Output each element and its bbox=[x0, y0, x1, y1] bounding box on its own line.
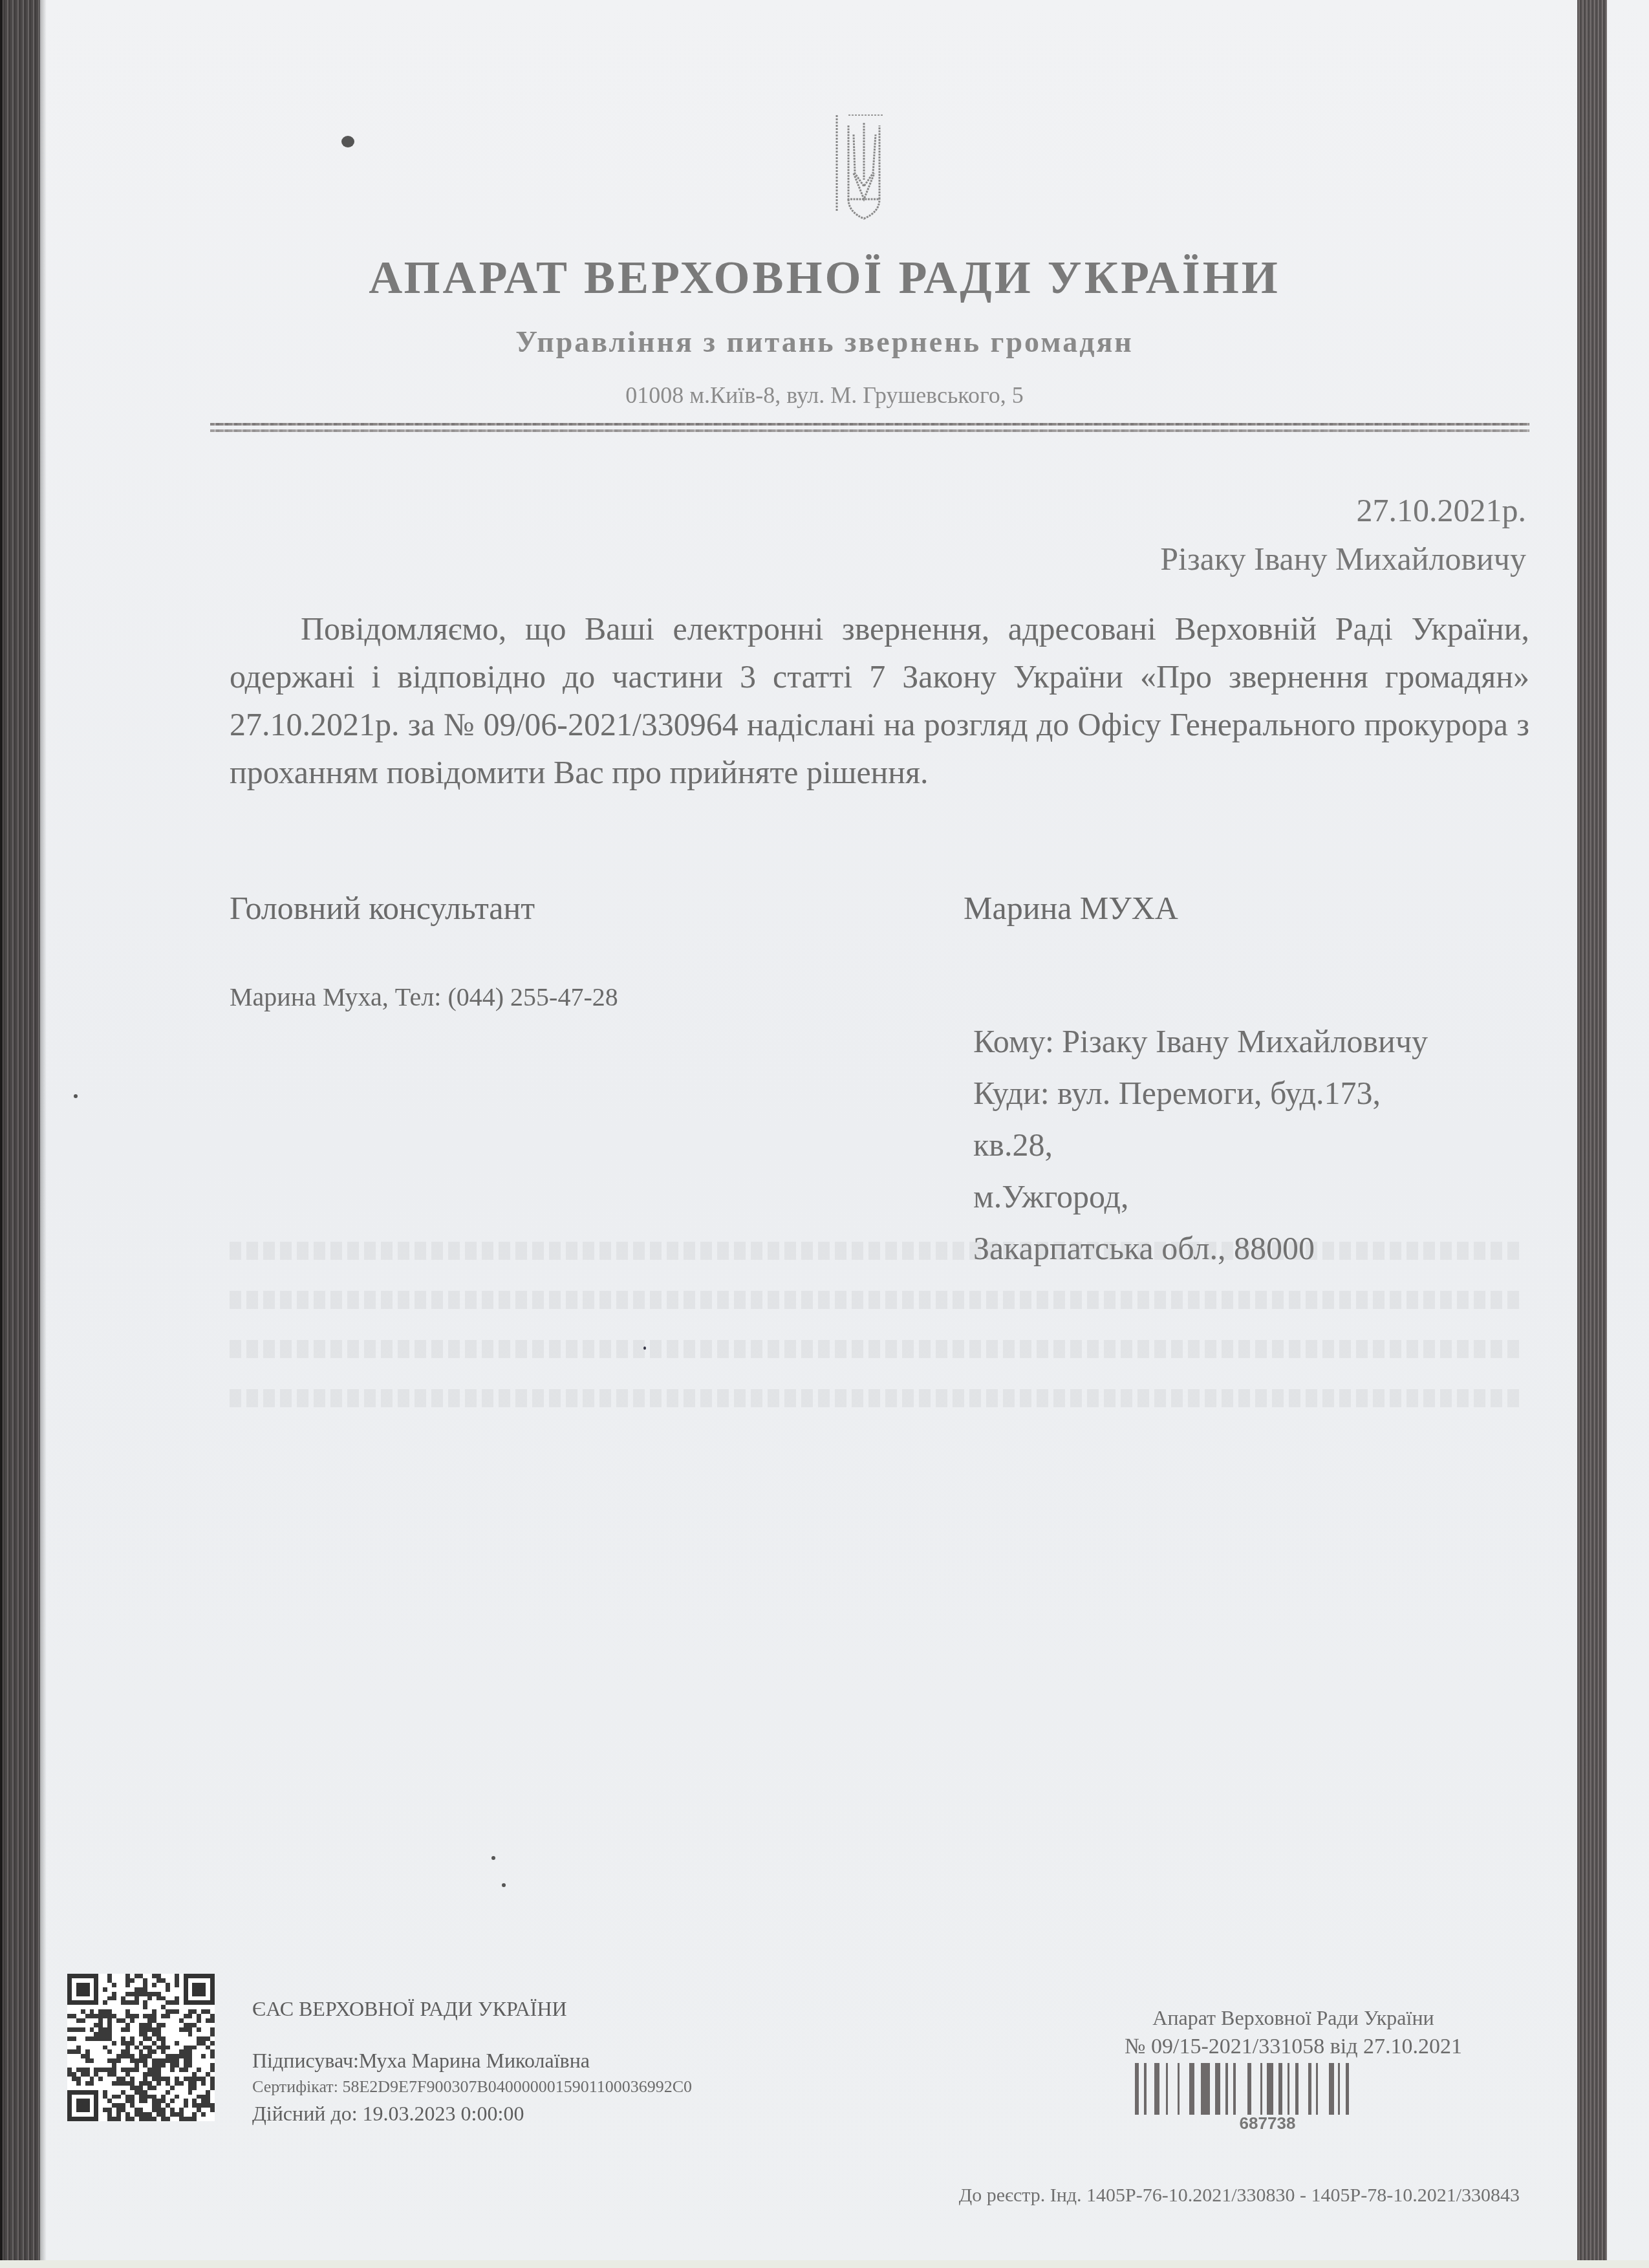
digital-signer: Підписувач:Муха Марина Миколаївна bbox=[252, 2049, 590, 2073]
trident-emblem-icon bbox=[834, 109, 886, 225]
mailing-to: Кому: Різаку Івану Михайловичу bbox=[973, 1015, 1428, 1067]
registration-number: № 09/15-2021/331058 від 27.10.2021 bbox=[1086, 2035, 1500, 2059]
mailing-line: Куди: вул. Перемоги, буд.173, bbox=[973, 1067, 1428, 1119]
registry-index: До реєстр. Інд. 1405Р-76-10.2021/330830 … bbox=[959, 2185, 1520, 2207]
department-title: Управління з питань звернень громадян bbox=[0, 325, 1649, 359]
scan-speck bbox=[643, 1346, 646, 1350]
letter-recipient: Різаку Івану Михайловичу bbox=[1160, 540, 1526, 578]
barcode-number: 687738 bbox=[1203, 2113, 1332, 2133]
scan-speck bbox=[502, 1883, 506, 1887]
ghost-offset-print bbox=[230, 1242, 1523, 1552]
mailing-address-block: Кому: Різаку Івану Михайловичу Куди: вул… bbox=[973, 1015, 1428, 1274]
letterhead-divider-secondary bbox=[210, 429, 1529, 432]
organization-title: АПАРАТ ВЕРХОВНОЇ РАДИ УКРАЇНИ bbox=[0, 251, 1649, 305]
signatory-contact: Марина Муха, Тел: (044) 255-47-28 bbox=[230, 982, 618, 1012]
scan-speck bbox=[74, 1094, 78, 1098]
scan-speck bbox=[341, 136, 354, 147]
scan-edge-bottom bbox=[0, 2260, 1649, 2268]
barcode-icon bbox=[1122, 2063, 1368, 2115]
signatory-name: Марина МУХА bbox=[964, 889, 1178, 927]
certificate-valid-until: Дійсний до: 19.03.2023 0:00:00 bbox=[252, 2102, 524, 2126]
letterhead-divider bbox=[210, 423, 1529, 426]
qr-code-icon bbox=[67, 1974, 215, 2121]
mailing-line: кв.28, bbox=[973, 1119, 1428, 1171]
letter-body: Повідомляємо, що Ваші електронні звернен… bbox=[230, 605, 1529, 796]
organization-address: 01008 м.Київ-8, вул. М. Грушевського, 5 bbox=[0, 382, 1649, 409]
certificate-id: Сертифікат: 58E2D9E7F900307B040000001590… bbox=[252, 2077, 692, 2097]
letter-date: 27.10.2021р. bbox=[1357, 491, 1527, 529]
scanned-letter-page: АПАРАТ ВЕРХОВНОЇ РАДИ УКРАЇНИ Управління… bbox=[0, 0, 1649, 2268]
scan-speck bbox=[491, 1856, 495, 1860]
mailing-line: м.Ужгород, bbox=[973, 1171, 1428, 1222]
eas-title: ЄАС ВЕРХОВНОЇ РАДИ УКРАЇНИ bbox=[252, 1997, 567, 2021]
registration-stamp-org: Апарат Верховної Ради України bbox=[1086, 2006, 1500, 2030]
signatory-position: Головний консультант bbox=[230, 889, 535, 927]
